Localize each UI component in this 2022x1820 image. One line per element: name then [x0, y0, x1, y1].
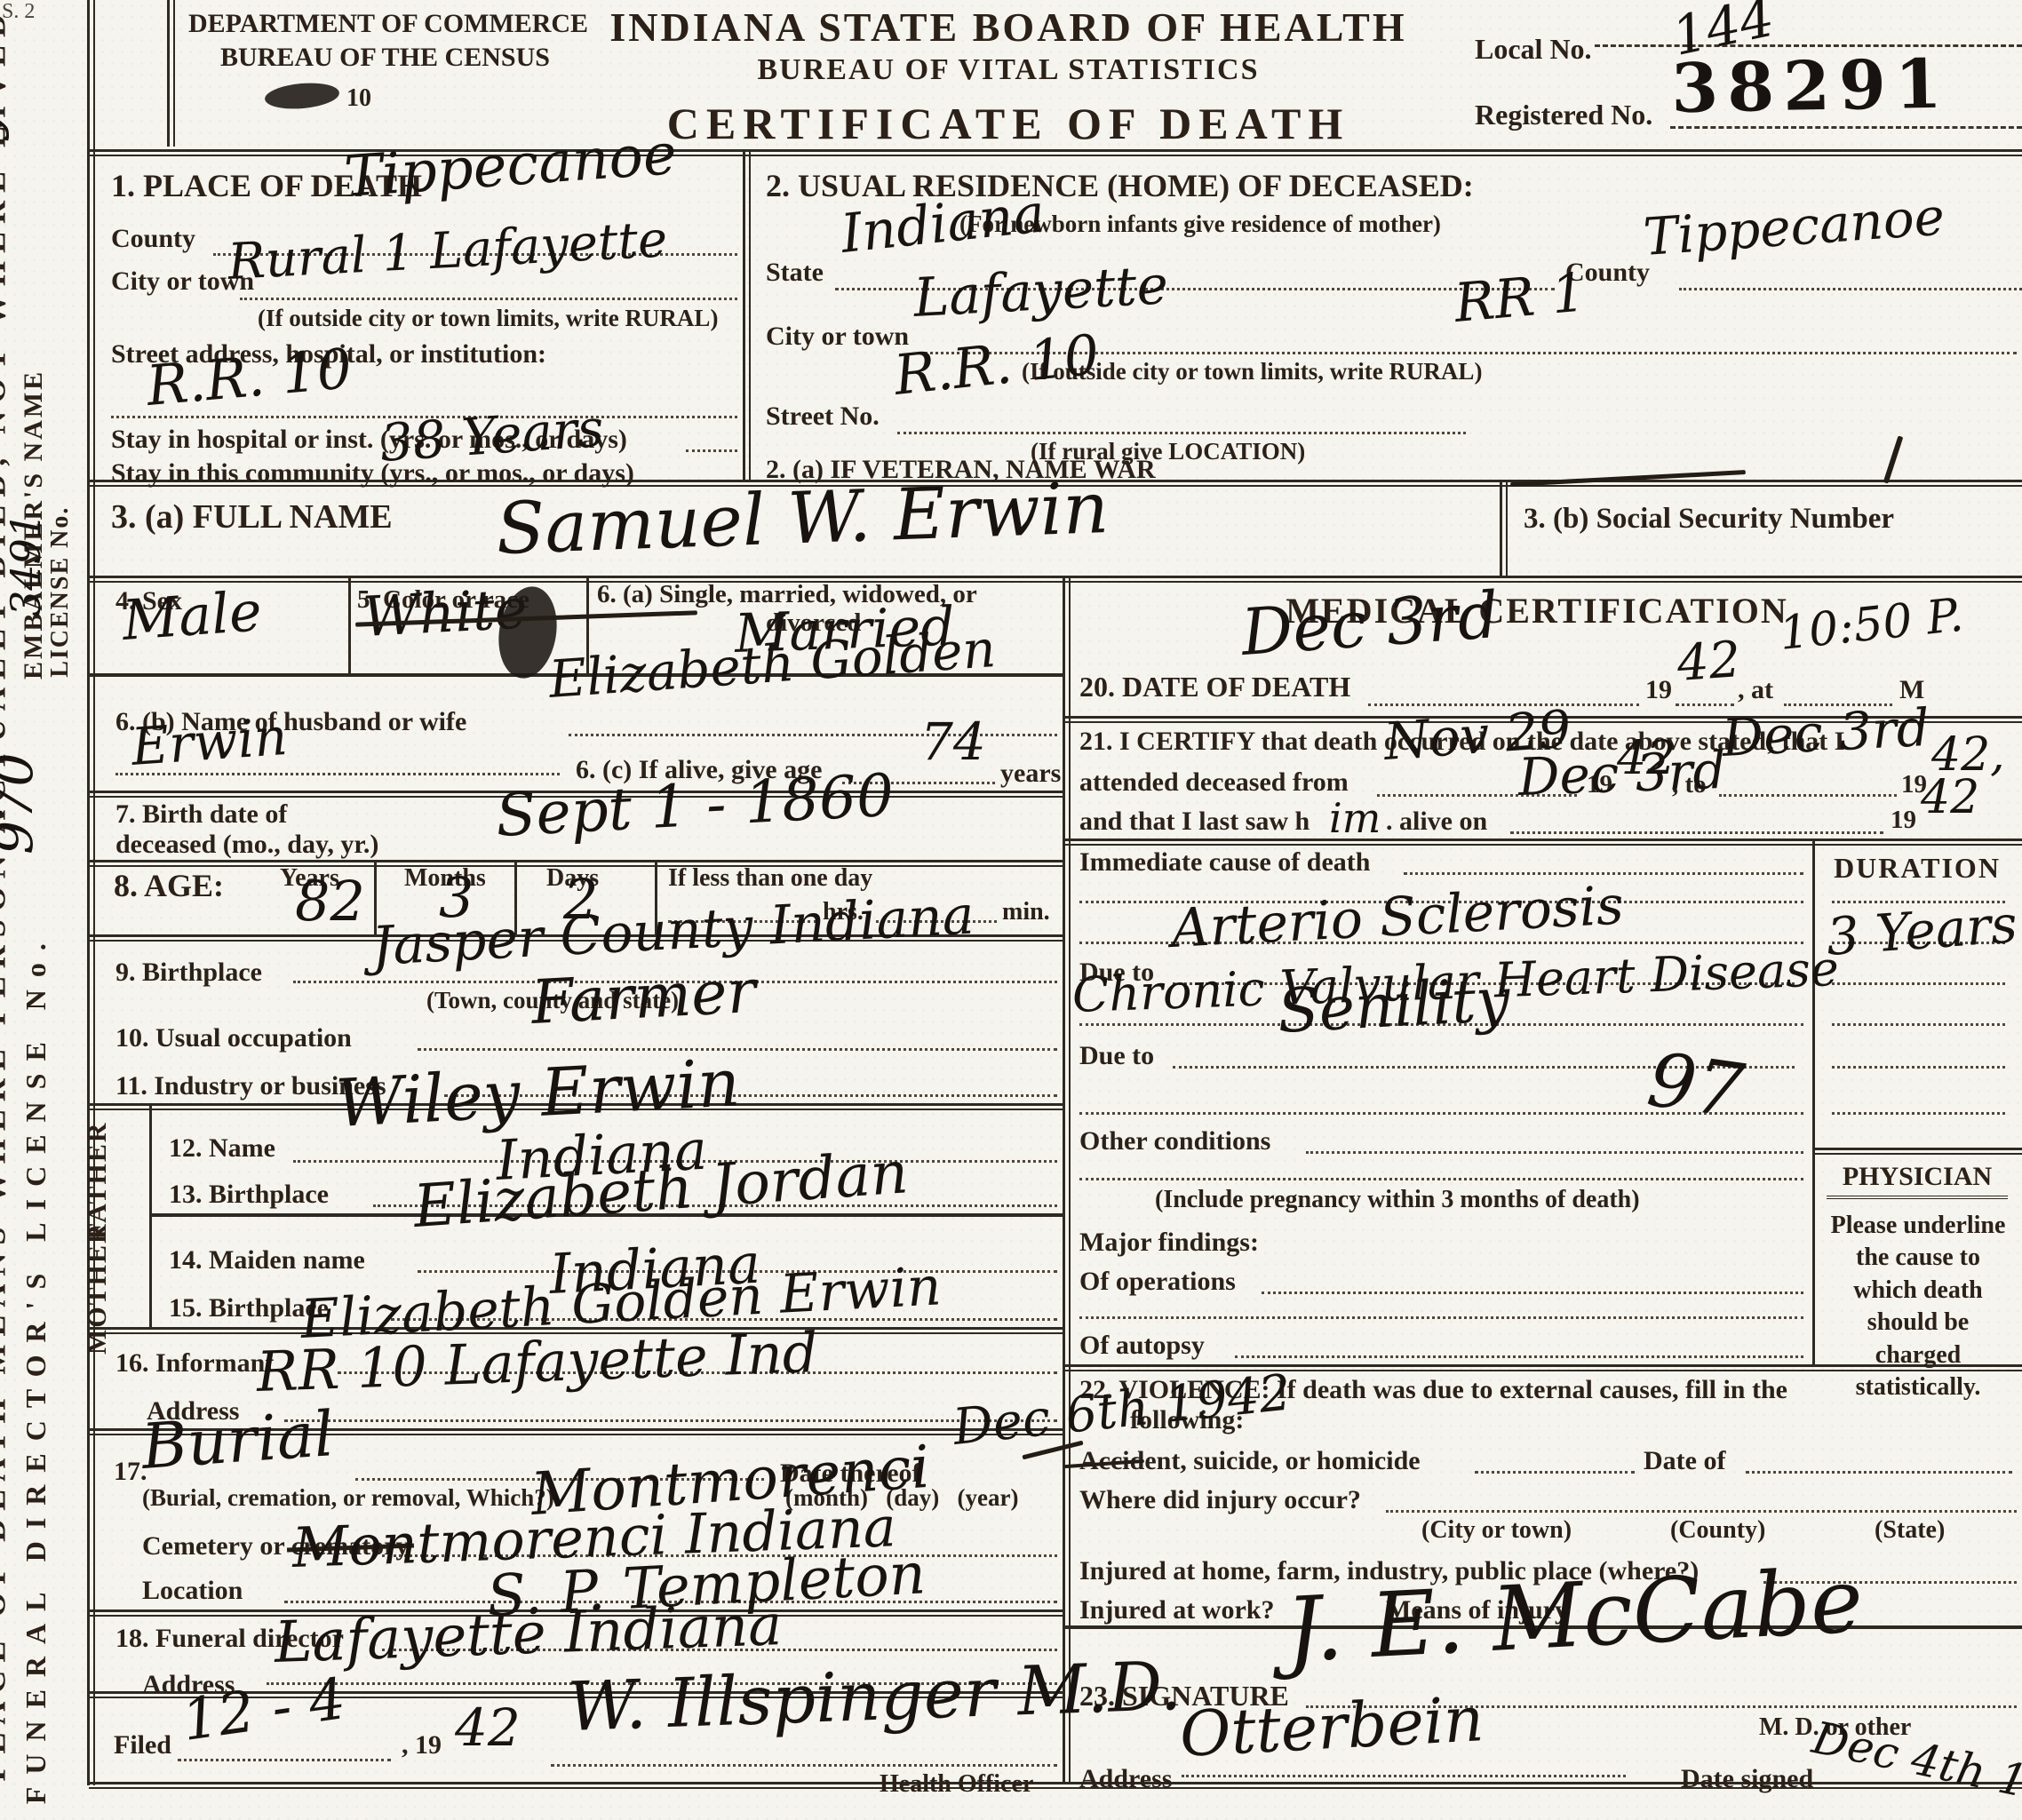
- where-injury-label: Where did injury occur?: [1079, 1485, 1361, 1514]
- immediate-cause-label: Immediate cause of death: [1079, 847, 1370, 877]
- place-county-value: Tippecanoe: [343, 126, 679, 206]
- residence-street-line: [897, 432, 1466, 434]
- residence-city-value: Lafayette: [912, 258, 1169, 325]
- age-label: 8. AGE:: [114, 869, 224, 904]
- header-left-border: [167, 0, 175, 147]
- operations-label: Of operations: [1079, 1267, 1236, 1296]
- medical-column-border: [1063, 576, 1071, 1782]
- place-city-value: Rural 1 Lafayette: [227, 215, 668, 288]
- occupation-label: 10. Usual occupation: [115, 1023, 352, 1053]
- ssn-label: 3. (b) Social Security Number: [1524, 503, 1894, 535]
- informant-address-line: [284, 1419, 1057, 1422]
- autopsy-label: Of autopsy: [1079, 1331, 1205, 1360]
- place-city-line: [240, 298, 737, 300]
- residence-street-label: Street No.: [766, 401, 880, 431]
- other-conditions-label: Other conditions: [1079, 1126, 1270, 1156]
- mother-name-label: 14. Maiden name: [169, 1245, 365, 1275]
- last-saw-line: [1510, 831, 1883, 834]
- death-year-value: 42: [1676, 635, 1742, 689]
- duration-box-bottom: [1812, 1148, 2022, 1155]
- certifier-address-label: Address: [1079, 1764, 1172, 1793]
- operations-line-2: [1079, 1316, 1803, 1319]
- birth-date-value: Sept 1 - 1860: [495, 767, 896, 846]
- attended-to-value: Dec 3rd: [1721, 702, 1930, 764]
- funeral-director-license-value: 970: [0, 752, 41, 854]
- certifier-address-line: [1182, 1775, 1626, 1777]
- alive-age-unit: years: [1000, 759, 1061, 788]
- name-row-bottom-rule: [89, 576, 2022, 583]
- section-divider: [743, 149, 751, 480]
- physician-signature: J. E. McCabe: [1284, 1556, 1866, 1675]
- duration-line-5: [1832, 1066, 2005, 1069]
- burial-type-value: Burial: [139, 1403, 336, 1478]
- burial-date-value: Dec 6th 1942: [951, 1368, 1293, 1453]
- informant-address-value: RR 10 Lafayette Ind: [256, 1325, 819, 1400]
- certifier-address-value: Otterbein: [1178, 1688, 1485, 1766]
- last-saw-him: im: [1329, 798, 1381, 838]
- death-at-label: , at: [1738, 675, 1773, 704]
- death-year-line: [1676, 703, 1734, 706]
- census-stamp-icon: [264, 80, 340, 111]
- attended-to-line: [1719, 794, 1897, 797]
- burial-location-label: Location: [142, 1576, 243, 1605]
- where-note-state: (State): [1875, 1517, 1945, 1545]
- accident-line: [1475, 1471, 1635, 1474]
- date-signed-value: Dec 4th 1942: [1809, 1715, 2022, 1820]
- physician-heading: PHYSICIAN: [1827, 1162, 2008, 1199]
- duration-heading: DURATION: [1821, 853, 2013, 884]
- pen-mark: [1883, 435, 1904, 483]
- cause-code-value: 97: [1644, 1042, 1748, 1129]
- cause-2-value: Senility: [1276, 970, 1511, 1043]
- certify-rule: [1063, 838, 2022, 846]
- residence-city-rr-value: RR 1: [1453, 266, 1588, 330]
- place-street-value: R.R. 10: [145, 341, 354, 414]
- autopsy-line: [1235, 1355, 1803, 1358]
- birthplace-label: 9. Birthplace: [115, 958, 262, 987]
- community-stay-label: Stay in this community (yrs., or mos., o…: [111, 458, 634, 488]
- health-officer-signature: W. Illspinger M.D.: [566, 1652, 1182, 1741]
- duration-line-6: [1832, 1112, 2005, 1115]
- registered-no-value: 38291: [1671, 51, 1952, 123]
- ssn-divider: [1500, 480, 1508, 576]
- major-findings-label: Major findings:: [1079, 1228, 1259, 1257]
- health-officer-label: Health Officer: [880, 1771, 1033, 1799]
- mother-name-value: Elizabeth Jordan: [411, 1143, 910, 1236]
- last-saw-date-value: Dec 3rd: [1517, 744, 1726, 803]
- age-less-label: If less than one day: [668, 865, 872, 893]
- funeral-director-address-value: Lafayette Indiana: [274, 1597, 784, 1672]
- health-officer-line: [551, 1764, 1057, 1767]
- alive-age-value: 74: [920, 716, 986, 767]
- registered-no-label: Registered No.: [1475, 99, 1652, 131]
- violence-date-line: [1746, 1471, 2012, 1474]
- date-signed-label: Date signed: [1681, 1764, 1813, 1793]
- mother-side-label: MOTHER: [83, 1222, 112, 1355]
- funeral-director-license-label: FUNERAL DIRECTOR'S LICENSE No.: [20, 931, 52, 1804]
- sex-value: Male: [121, 584, 264, 648]
- cause-1-value: Arterio Sclerosis: [1170, 878, 1625, 956]
- attended-label: attended deceased from: [1079, 767, 1349, 797]
- residence-state-label: State: [766, 258, 824, 287]
- census-stamp-number: 10: [346, 85, 371, 113]
- residence-heading: 2. USUAL RESIDENCE (HOME) OF DECEASED:: [766, 169, 1474, 204]
- full-name-value: Samuel W. Erwin: [495, 473, 1110, 565]
- place-city-note: (If outside city or town limits, write R…: [258, 306, 718, 332]
- death-year-prefix: 19: [1645, 675, 1672, 704]
- due-to-label-2: Due to: [1079, 1041, 1154, 1070]
- spouse-surname-value: Erwin: [130, 711, 289, 773]
- residence-county-value: Tippecanoe: [1642, 190, 1946, 263]
- filed-label: Filed: [114, 1730, 171, 1760]
- filed-date-line: [178, 1759, 391, 1761]
- embalmer-license-label: LICENSE No.: [47, 506, 75, 678]
- filed-year-prefix: , 19: [402, 1730, 442, 1760]
- father-name-label: 12. Name: [169, 1133, 275, 1163]
- duration-line-3: [1832, 982, 2005, 985]
- date-of-death-value: Dec 3rd: [1239, 583, 1501, 664]
- last-saw-label-2: . alive on: [1386, 807, 1487, 836]
- other-conditions-line: [1306, 1151, 1803, 1154]
- place-county-label: County: [111, 224, 195, 253]
- embalmer-name-value: Carlos L. Hardy: [0, 107, 5, 549]
- residence-county-line: [1679, 288, 2022, 290]
- full-name-label: 3. (a) FULL NAME: [111, 499, 393, 536]
- cemetery-label-1: Cemetery or: [142, 1531, 291, 1561]
- duration-line-4: [1832, 1023, 2005, 1026]
- pregnancy-line: [1079, 1178, 1803, 1180]
- father-birthplace-label: 13. Birthplace: [169, 1180, 329, 1209]
- age-years-value: 82: [295, 874, 365, 929]
- community-stay-value: 38 Years: [378, 402, 605, 469]
- violence-date-of-label: Date of: [1644, 1446, 1725, 1475]
- physician-note: Please un­derline the cause to which dea…: [1825, 1210, 2011, 1403]
- hospital-stay-line: [686, 449, 737, 452]
- where-note-city: (City or town): [1421, 1517, 1572, 1545]
- dept-line2: BUREAU OF THE CENSUS: [220, 43, 550, 72]
- duration-1-value: 3 Years: [1825, 898, 2019, 963]
- last-saw-year-prefix: 19: [1891, 807, 1916, 835]
- spouse-value: Elizabeth Golden: [547, 623, 998, 705]
- dept-line1: DEPARTMENT OF COMMERCE: [188, 9, 588, 38]
- age-min-label: min.: [1002, 899, 1050, 926]
- local-no-label: Local No.: [1475, 34, 1592, 65]
- pregnancy-note: (Include pregnancy within 3 months of de…: [1155, 1187, 1640, 1214]
- birth-date-label-2: deceased (mo., day, yr.): [115, 830, 378, 859]
- bureau-title: BUREAU OF VITAL STATISTICS: [569, 53, 1448, 86]
- informant-label: 16. Informant: [115, 1348, 274, 1378]
- death-certificate-page: S. 2 PLACE OF DEATH MEANS WHERE PERSON A…: [0, 0, 2022, 1820]
- board-title: INDIANA STATE BOARD OF HEALTH: [569, 5, 1448, 51]
- embalmer-license-value: 3491: [5, 513, 46, 616]
- certificate-title: CERTIFICATE OF DEATH: [569, 99, 1448, 148]
- filed-year-value: 42: [455, 1702, 521, 1753]
- duration-box-border: [1812, 838, 1815, 1364]
- occupation-value: Farmer: [529, 962, 757, 1034]
- residence-city-label: City or town: [766, 322, 909, 351]
- last-saw-year-value: 42: [1921, 775, 1979, 821]
- date-of-death-label: 20. DATE OF DEATH: [1079, 672, 1350, 703]
- father-side-label: FATHER: [83, 1121, 112, 1239]
- last-saw-label-1: and that I last saw h: [1079, 807, 1310, 836]
- residence-street-value: R.R. 10: [892, 327, 1103, 403]
- birth-date-label-1: 7. Birth date of: [115, 799, 287, 829]
- injured-work-label: Injured at work?: [1079, 1595, 1274, 1625]
- where-note-county: (County): [1670, 1517, 1765, 1545]
- sex-cell-border: [348, 576, 351, 673]
- form-left-border: [87, 0, 95, 1785]
- where-injury-line: [1386, 1510, 2017, 1513]
- operations-line: [1262, 1291, 1803, 1294]
